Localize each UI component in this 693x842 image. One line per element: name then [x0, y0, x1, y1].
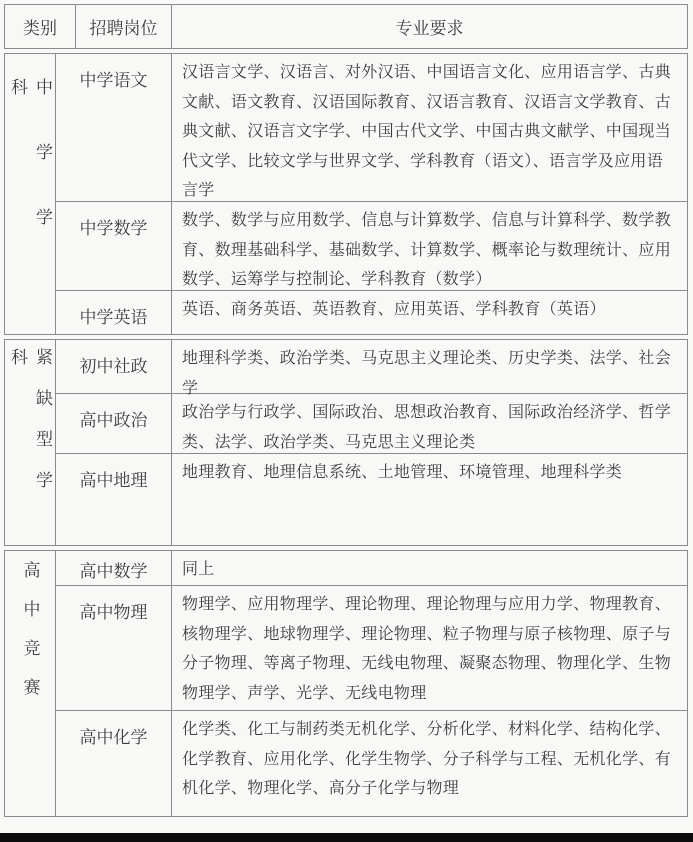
- table-row: 中学英语 英语、商务英语、英语教育、应用英语、学科教育（英语）: [56, 291, 687, 334]
- table-row: 高中化学 化学类、化工与制药类无机化学、分析化学、材料化学、结构化学、化学教育、…: [56, 711, 687, 816]
- position-cell: 中学语文: [56, 54, 172, 201]
- section-middle-school-subjects: 中学学科 中学语文 汉语言文学、汉语言、对外汉语、中国语言文化、应用语言学、古典…: [4, 53, 688, 335]
- section-high-school-competition: 高中竞赛 高中数学 同上 高中物理 物理学、应用物理学、理论物理、理论物理与应用…: [4, 550, 688, 817]
- section-rows: 初中社政 地理科学类、政治学类、马克思主义理论类、历史学类、法学、社会学 高中政…: [56, 340, 687, 545]
- requirements-cell: 英语、商务英语、英语教育、应用英语、学科教育（英语）: [172, 291, 687, 334]
- requirements-cell: 地理科学类、政治学类、马克思主义理论类、历史学类、法学、社会学: [172, 340, 687, 393]
- position-cell: 初中社政: [56, 340, 172, 393]
- requirements-cell: 汉语言文学、汉语言、对外汉语、中国语言文化、应用语言学、古典文献、语文教育、汉语…: [172, 54, 687, 201]
- category-cell: 紧缺型学科: [5, 340, 56, 545]
- category-cell: 高中竞赛: [5, 551, 56, 816]
- table-header: 类别 招聘岗位 专业要求: [4, 4, 688, 49]
- section-shortage-subjects: 紧缺型学科 初中社政 地理科学类、政治学类、马克思主义理论类、历史学类、法学、社…: [4, 339, 688, 546]
- category-label: 紧缺型学科: [5, 340, 55, 545]
- position-cell: 高中化学: [56, 711, 172, 816]
- header-cell-requirements: 专业要求: [172, 5, 687, 48]
- table-row: 初中社政 地理科学类、政治学类、马克思主义理论类、历史学类、法学、社会学: [56, 340, 687, 394]
- category-cell: 中学学科: [5, 54, 56, 334]
- requirements-cell: 政治学与行政学、国际政治、思想政治教育、国际政治经济学、哲学类、法学、政治学类、…: [172, 394, 687, 453]
- section-rows: 高中数学 同上 高中物理 物理学、应用物理学、理论物理、理论物理与应用力学、物理…: [56, 551, 687, 816]
- header-cell-position: 招聘岗位: [76, 5, 172, 48]
- table-row: 高中政治 政治学与行政学、国际政治、思想政治教育、国际政治经济学、哲学类、法学、…: [56, 394, 687, 454]
- table-row: 高中地理 地理教育、地理信息系统、土地管理、环境管理、地理科学类: [56, 454, 687, 545]
- table-row: 高中数学 同上: [56, 551, 687, 586]
- position-cell: 高中数学: [56, 551, 172, 585]
- position-cell: 高中地理: [56, 454, 172, 545]
- requirements-cell: 物理学、应用物理学、理论物理、理论物理与应用力学、物理教育、核物理学、地球物理学…: [172, 586, 687, 710]
- table-row: 高中物理 物理学、应用物理学、理论物理、理论物理与应用力学、物理教育、核物理学、…: [56, 586, 687, 711]
- table-row: 中学数学 数学、数学与应用数学、信息与计算数学、信息与计算科学、数学教育、数理基…: [56, 202, 687, 291]
- category-label: 高中竞赛: [18, 551, 43, 816]
- document-page: 类别 招聘岗位 专业要求 中学学科 中学语文 汉语言文学、汉语言、对外汉语、中国…: [0, 0, 693, 842]
- position-cell: 中学数学: [56, 202, 172, 290]
- section-rows: 中学语文 汉语言文学、汉语言、对外汉语、中国语言文化、应用语言学、古典文献、语文…: [56, 54, 687, 334]
- header-cell-category: 类别: [5, 5, 76, 48]
- requirements-cell: 同上: [172, 551, 687, 585]
- position-cell: 中学英语: [56, 291, 172, 334]
- requirements-cell: 化学类、化工与制药类无机化学、分析化学、材料化学、结构化学、化学教育、应用化学、…: [172, 711, 687, 816]
- position-cell: 高中物理: [56, 586, 172, 710]
- bottom-scan-bar: [0, 833, 693, 842]
- requirements-cell: 数学、数学与应用数学、信息与计算数学、信息与计算科学、数学教育、数理基础科学、基…: [172, 202, 687, 290]
- category-label: 中学学科: [5, 54, 55, 334]
- position-cell: 高中政治: [56, 394, 172, 453]
- table-row: 中学语文 汉语言文学、汉语言、对外汉语、中国语言文化、应用语言学、古典文献、语文…: [56, 54, 687, 202]
- requirements-cell: 地理教育、地理信息系统、土地管理、环境管理、地理科学类: [172, 454, 687, 545]
